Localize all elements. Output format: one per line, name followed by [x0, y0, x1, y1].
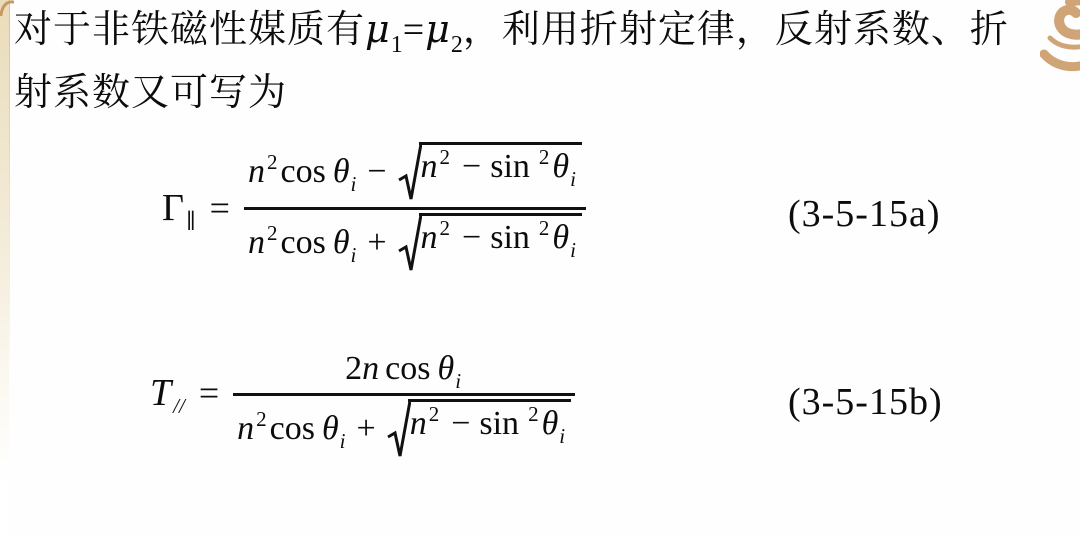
mu-equals: = [403, 9, 425, 51]
equation-reflection-coefficient: Γ ∥ = n2cosθi− n2−sin2θi n2cosθi+ n2−sin… [162, 142, 586, 273]
numerator: n2cosθi− n2−sin2θi [244, 142, 586, 207]
equation-b-label: (3-5-15b) [788, 380, 943, 424]
intro-text-line2: 射系数又可写为 [14, 72, 287, 114]
fraction: n2cosθi− n2−sin2θi n2cosθi+ n2−sin2θi [244, 142, 586, 273]
denominator: n2cosθi+ n2−sin2θi [233, 393, 575, 459]
parallel-subscript: ∥ [186, 209, 196, 234]
parallel-slash-subscript: // [173, 394, 185, 419]
page-edge-decoration [0, 0, 9, 538]
equation-b-lhs: T // = [150, 371, 219, 415]
equation-transmission-coefficient: T // = 2ncosθi n2cosθi+ n2−sin2θi [150, 350, 575, 459]
equals-sign: = [210, 187, 230, 229]
square-root: n2−sin2θi [387, 399, 571, 459]
slide: 对于非铁磁性媒质有μ1=μ2，利用折射定律，反射系数、折 射系数又可写为 Γ ∥… [0, 0, 1080, 538]
corner-swirl-icon [0, 0, 14, 16]
intro-text-2: ，利用折射定律，反射系数、折 [463, 9, 1009, 51]
equation-a-lhs: Γ ∥ = [162, 186, 230, 230]
T-symbol: T [150, 371, 171, 415]
mu1-symbol: μ [365, 7, 391, 51]
equation-a-label: (3-5-15a) [788, 192, 940, 236]
numerator: 2ncosθi [341, 350, 467, 393]
equals-sign: = [199, 372, 219, 414]
mu2-symbol: μ [425, 7, 451, 51]
mu2-subscript: 2 [451, 32, 463, 58]
intro-text-1: 对于非铁磁性媒质有 [14, 9, 365, 51]
square-root: n2−sin2θi [398, 142, 582, 202]
gamma-symbol: Γ [162, 186, 184, 230]
fraction: 2ncosθi n2cosθi+ n2−sin2θi [233, 350, 575, 459]
mu1-subscript: 1 [391, 32, 403, 58]
intro-paragraph: 对于非铁磁性媒质有μ1=μ2，利用折射定律，反射系数、折 射系数又可写为 [14, 0, 1059, 122]
denominator: n2cosθi+ n2−sin2θi [244, 207, 586, 273]
page-edge-line [9, 0, 10, 377]
square-root: n2−sin2θi [398, 213, 582, 273]
